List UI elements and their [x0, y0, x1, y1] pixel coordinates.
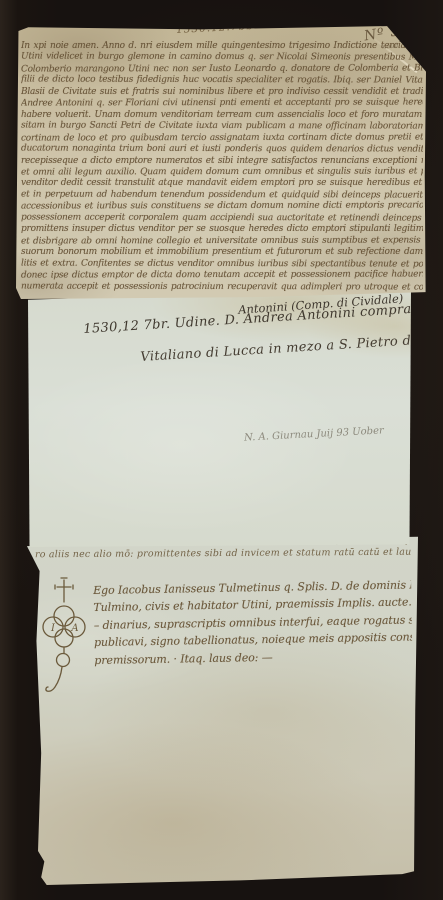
- deed-text-line: et omni alii legum auxilio. Quam quidem …: [21, 166, 423, 179]
- summary-line-2: Vitaliano di Lucca in mezo a S. Pietro d…: [140, 329, 443, 365]
- notary-signum-icon: I A: [37, 572, 91, 718]
- signum-letter-left: I: [50, 623, 56, 634]
- deed-text-line: recepisseque a dicto emptore numeratos e…: [21, 156, 423, 167]
- deed-text-line: et disbrigare ab omni homine collegio et…: [21, 235, 423, 248]
- photo-backdrop: ut supra dicta omnia et singula promissa…: [0, 0, 443, 900]
- notary-subscription-block: Ego Iacobus Ianisseus Tulmetinus q. Spli…: [93, 576, 412, 669]
- deed-text-block: In xpi noie amen. Anno d. nri eiusdem mi…: [21, 41, 423, 293]
- deed-text-line: sitam in burgo Sancti Petri de Civitate …: [21, 121, 423, 134]
- deed-text-line: Andree Antonini q. ser Floriani civi uti…: [21, 98, 423, 111]
- deed-text-line: habere voluerit. Unam domum venditoriam …: [21, 110, 423, 121]
- summary-sheet: Antonini (Comp. di Cividale) 1530,12 7br…: [28, 291, 411, 547]
- deed-text-line: ducatorum nonaginta trium boni auri et i…: [21, 144, 423, 157]
- deed-text-line: promittens insuper dictus venditor per s…: [21, 224, 423, 235]
- deed-text-line: Blasii de Civitate suis et fratris sui n…: [21, 87, 423, 98]
- deed-text-line: venditor dedit cessit transtulit atque m…: [21, 178, 423, 189]
- promise-clause-line: ro aliis nec alio mō: promittentes sibi …: [35, 547, 411, 561]
- notary-sheet: ut supra dicta omnia et singula promissa…: [23, 536, 418, 886]
- deed-text-line: Utini videlicet in burgo glemone in cami…: [21, 52, 423, 65]
- deed-sheet: 1530.12.7bb Nº 50 nouē . In xpi noie ame…: [16, 25, 426, 299]
- faint-pencil-note: N. A. Giurnau Juij 93 Uober: [244, 425, 384, 443]
- heading-date: 1530.12.7bb: [176, 20, 254, 36]
- deed-text-line: donec ipse dictus emptor de dicta domo t…: [21, 270, 423, 283]
- deed-text-line: possessionem acceperit corporalem quam a…: [21, 212, 423, 225]
- signum-letter-right: A: [70, 623, 78, 634]
- deed-text-line: numerata accepit et possessionis patroci…: [21, 281, 423, 294]
- deed-text-line: filii de dicto loco testibus fidedignis …: [21, 75, 423, 88]
- deed-text-line: accessionibus et iuribus suis constituen…: [21, 201, 423, 214]
- deed-text-line: suorum bonorum mobilium et immobilium pr…: [21, 247, 423, 258]
